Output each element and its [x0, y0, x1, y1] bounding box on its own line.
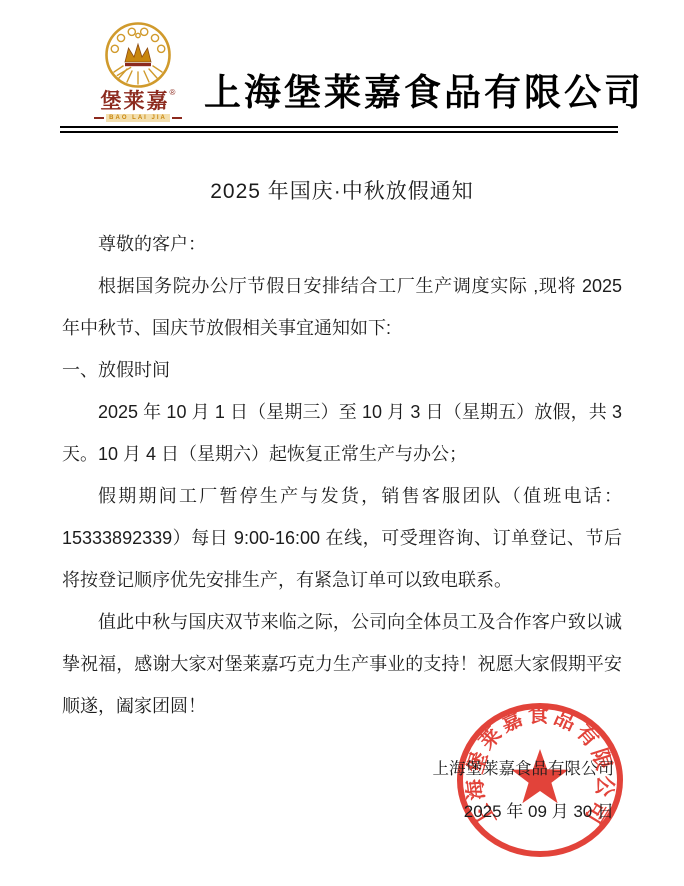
logo-brand-name: 堡莱嘉: [101, 91, 170, 112]
section-heading-holiday-time: 一、放假时间: [62, 349, 622, 391]
notice-page: { "header": { "logo": { "brand": "堡莱嘉", …: [0, 0, 684, 886]
company-logo: 堡莱嘉 ® BAO LAI JIA: [86, 20, 190, 122]
notice-title: 2025 年国庆·中秋放假通知: [0, 175, 684, 205]
letterhead: 堡莱嘉 ® BAO LAI JIA 上海堡莱嘉食品有限公司: [0, 0, 684, 122]
paragraph-service-info: 假期期间工厂暂停生产与发货，销售客服团队（值班电话：15333892339）每日…: [62, 475, 622, 601]
paragraph-intro: 根据国务院办公厅节假日安排结合工厂生产调度实际 ,现将 2025 年中秋节、国庆…: [62, 265, 622, 349]
logo-band-dash-right: [172, 117, 182, 119]
company-name-title: 上海堡莱嘉食品有限公司: [204, 62, 644, 122]
logo-band-dash-left: [94, 117, 104, 119]
notice-body: 尊敬的客户： 根据国务院办公厅节假日安排结合工厂生产调度实际 ,现将 2025 …: [62, 223, 622, 727]
signature-company: 上海堡莱嘉食品有限公司: [433, 755, 615, 779]
registered-trademark-icon: ®: [170, 89, 176, 97]
logo-band: BAO LAI JIA: [94, 114, 182, 122]
letterhead-divider: [60, 126, 618, 133]
paragraph-holiday-dates: 2025 年 10 月 1 日（星期三）至 10 月 3 日（星期五）放假，共 …: [62, 391, 622, 475]
logo-crown-emblem-icon: [103, 20, 173, 90]
company-seal-stamp: 上海堡莱嘉食品有限公司: [456, 701, 624, 859]
logo-band-text: BAO LAI JIA: [106, 114, 170, 122]
logo-brand-row: 堡莱嘉 ®: [101, 91, 176, 112]
salutation: 尊敬的客户：: [62, 223, 622, 265]
signature-date: 2025 年 09 月 30 日: [464, 797, 614, 822]
